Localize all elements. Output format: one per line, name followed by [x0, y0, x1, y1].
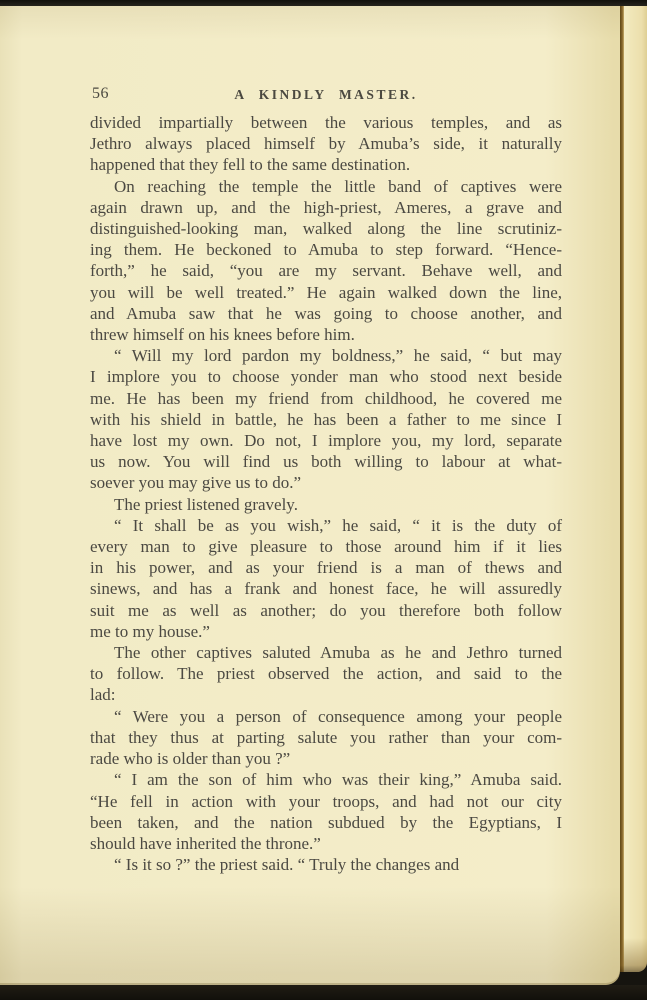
book-page-photo: 56 A KINDLY MASTER. divided impartially …	[0, 0, 647, 1000]
text-line: with his shield in battle, he has been a…	[90, 409, 562, 430]
text-line: forth,” he said, “you are my servant. Be…	[90, 260, 562, 281]
book-page: 56 A KINDLY MASTER. divided impartially …	[0, 0, 620, 985]
running-title: A KINDLY MASTER.	[90, 87, 562, 103]
text-line: sinews, and has a frank and honest face,…	[90, 578, 562, 599]
text-line: you will be well treated.” He again walk…	[90, 282, 562, 303]
text-line: distinguished-looking man, walked along …	[90, 218, 562, 239]
text-line: “ I am the son of him who was their king…	[90, 769, 562, 790]
paragraph: “ Is it so ?” the priest said. “ Truly t…	[90, 854, 562, 875]
text-line: should have inherited the throne.”	[90, 833, 562, 854]
text-line: “ It shall be as you wish,” he said, “ i…	[90, 515, 562, 536]
text-line: threw himself on his knees before him.	[90, 324, 562, 345]
fore-edge-pages	[620, 0, 647, 972]
text-line: “ Is it so ?” the priest said. “ Truly t…	[90, 854, 562, 875]
text-line: me. He has been my friend from childhood…	[90, 388, 562, 409]
paragraph: “ Will my lord pardon my boldness,” he s…	[90, 345, 562, 493]
text-line: me to my house.”	[90, 621, 562, 642]
text-line: The other captives saluted Amuba as he a…	[90, 642, 562, 663]
text-line: soever you may give us to do.”	[90, 472, 562, 493]
text-line: us now. You will find us both willing to…	[90, 451, 562, 472]
text-line: that they thus at parting salute you rat…	[90, 727, 562, 748]
paragraph: “ It shall be as you wish,” he said, “ i…	[90, 515, 562, 642]
text-line: happened that they fell to the same dest…	[90, 154, 562, 175]
text-line: have lost my own. Do not, I implore you,…	[90, 430, 562, 451]
text-line: On reaching the temple the little band o…	[90, 176, 562, 197]
paragraph: divided impartially between the various …	[90, 112, 562, 176]
text-line: Jethro always placed himself by Amuba’s …	[90, 133, 562, 154]
text-line: “ Were you a person of consequence among…	[90, 706, 562, 727]
text-line: suit me as well as another; do you there…	[90, 600, 562, 621]
text-line: lad:	[90, 684, 562, 705]
text-line: to follow. The priest observed the actio…	[90, 663, 562, 684]
text-line: “He fell in action with your troops, and…	[90, 791, 562, 812]
text-line: The priest listened gravely.	[90, 494, 562, 515]
text-line: divided impartially between the various …	[90, 112, 562, 133]
page-header: 56 A KINDLY MASTER.	[90, 85, 562, 105]
text-line: in his power, and as your friend is a ma…	[90, 557, 562, 578]
page-edge-line	[620, 0, 624, 972]
paragraph: “ Were you a person of consequence among…	[90, 706, 562, 770]
text-line: I implore you to choose yonder man who s…	[90, 366, 562, 387]
paragraph: “ I am the son of him who was their king…	[90, 769, 562, 854]
text-line: been taken, and the nation subdued by th…	[90, 812, 562, 833]
text-line: every man to give pleasure to those arou…	[90, 536, 562, 557]
top-shadow-band	[0, 0, 647, 6]
paragraph: The priest listened gravely.	[90, 494, 562, 515]
text-block: divided impartially between the various …	[90, 112, 562, 875]
text-line: and Amuba saw that he was going to choos…	[90, 303, 562, 324]
text-line: rade who is older than you ?”	[90, 748, 562, 769]
bottom-shadow-band	[0, 985, 647, 1000]
text-line: “ Will my lord pardon my boldness,” he s…	[90, 345, 562, 366]
text-line: again drawn up, and the high-priest, Ame…	[90, 197, 562, 218]
paragraph: The other captives saluted Amuba as he a…	[90, 642, 562, 706]
paragraph: On reaching the temple the little band o…	[90, 176, 562, 346]
text-line: ing them. He beckoned to Amuba to step f…	[90, 239, 562, 260]
